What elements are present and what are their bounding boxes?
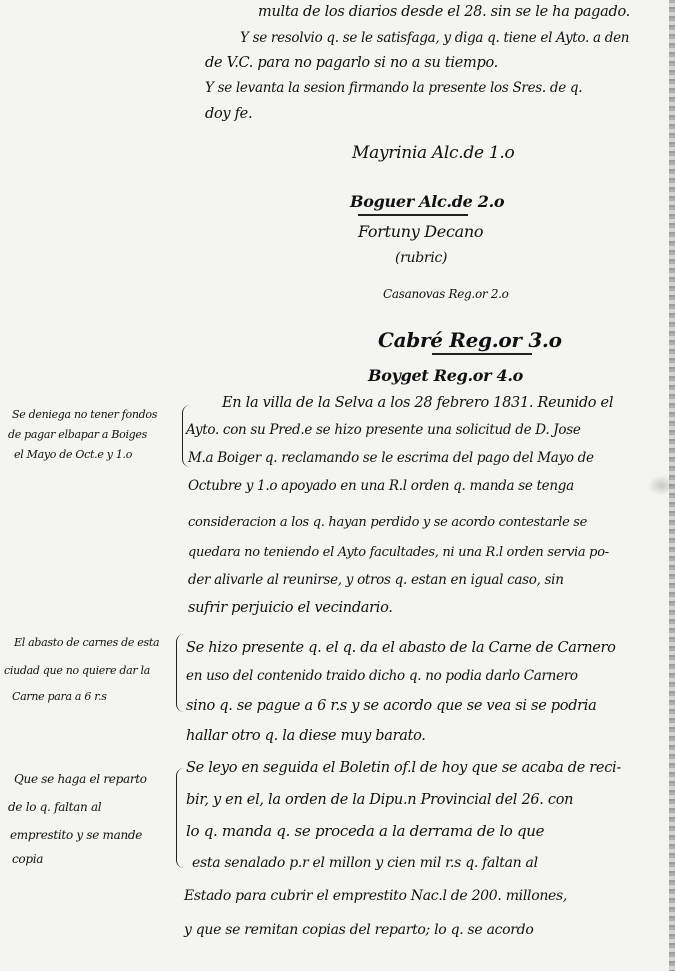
margin-note-line: de lo q. faltan al (8, 800, 101, 814)
top-line: doy fe. (205, 106, 252, 122)
paragraph-line: y que se remitan copias del reparto; lo … (184, 922, 533, 938)
manuscript-page: multa de los diarios desde el 28. sin se… (0, 0, 675, 971)
signature: Fortuny Decano (358, 222, 483, 241)
signature: Boyget Reg.or 4.o (368, 366, 523, 385)
paragraph-line: sino q. se pague a 6 r.s y se acordo que… (186, 698, 597, 714)
signature: Casanovas Reg.or 2.o (383, 287, 509, 301)
margin-note-line: Carne para a 6 r.s (12, 690, 107, 703)
signature: Cabré Reg.or 3.o (378, 328, 562, 352)
margin-note-line: Que se haga el reparto (14, 772, 147, 786)
signature-underline (358, 214, 468, 216)
paragraph-line: en uso del contenido traido dicho q. no … (186, 668, 578, 684)
top-line: Y se resolvio q. se le satisfaga, y diga… (240, 30, 629, 46)
scan-edge-shadow (669, 0, 675, 971)
top-line: multa de los diarios desde el 28. sin se… (258, 4, 630, 20)
paragraph-line: consideracion a los q. hayan perdido y s… (188, 515, 587, 530)
margin-note-line: El abasto de carnes de esta (14, 636, 159, 649)
margin-note-line: emprestito y se mande (10, 828, 142, 842)
paragraph-line: Octubre y 1.o apoyado en una R.l orden q… (188, 478, 574, 494)
paragraph-line: Se hizo presente q. el q. da el abasto d… (186, 640, 616, 656)
signature: Mayrinia Alc.de 1.o (352, 143, 514, 163)
signature-rubric: (rubric) (395, 250, 447, 266)
paragraph-line: lo q. manda q. se proceda a la derrama d… (186, 822, 544, 840)
paragraph-line: bir, y en el, la orden de la Dipu.n Prov… (186, 792, 573, 808)
paragraph-line: Ayto. con su Pred.e se hizo presente una… (186, 422, 581, 438)
paragraph-line: En la villa de la Selva a los 28 febrero… (222, 395, 613, 411)
signature-underline (432, 353, 532, 355)
margin-bracket (176, 768, 187, 868)
paragraph-line: hallar otro q. la diese muy barato. (186, 728, 426, 744)
margin-note-line: de pagar elbapar a Boiges (8, 428, 147, 441)
margin-note-line: ciudad que no quiere dar la (4, 664, 150, 677)
margin-note-line: Se deniega no tener fondos (12, 408, 157, 421)
paragraph-line: Estado para cubrir el emprestito Nac.l d… (184, 888, 567, 904)
paragraph-line: der alivarle al reunirse, y otros q. est… (188, 572, 564, 588)
paragraph-line: sufrir perjuicio el vecindario. (188, 600, 393, 616)
paragraph-line: esta senalado p.r el millon y cien mil r… (192, 855, 538, 871)
margin-note-line: copia (12, 852, 43, 866)
paragraph-line: Se leyo en seguida el Boletin of.l de ho… (186, 760, 621, 776)
paragraph-line: quedara no teniendo el Ayto facultades, … (188, 545, 609, 560)
paragraph-line: M.a Boiger q. reclamando se le escrima d… (188, 450, 594, 466)
top-line: Y se levanta la sesion firmando la prese… (205, 80, 582, 96)
signature: Boguer Alc.de 2.o (350, 192, 504, 211)
top-line: de V.C. para no pagarlo si no a su tiemp… (205, 55, 498, 71)
margin-note-line: el Mayo de Oct.e y 1.o (14, 448, 132, 461)
